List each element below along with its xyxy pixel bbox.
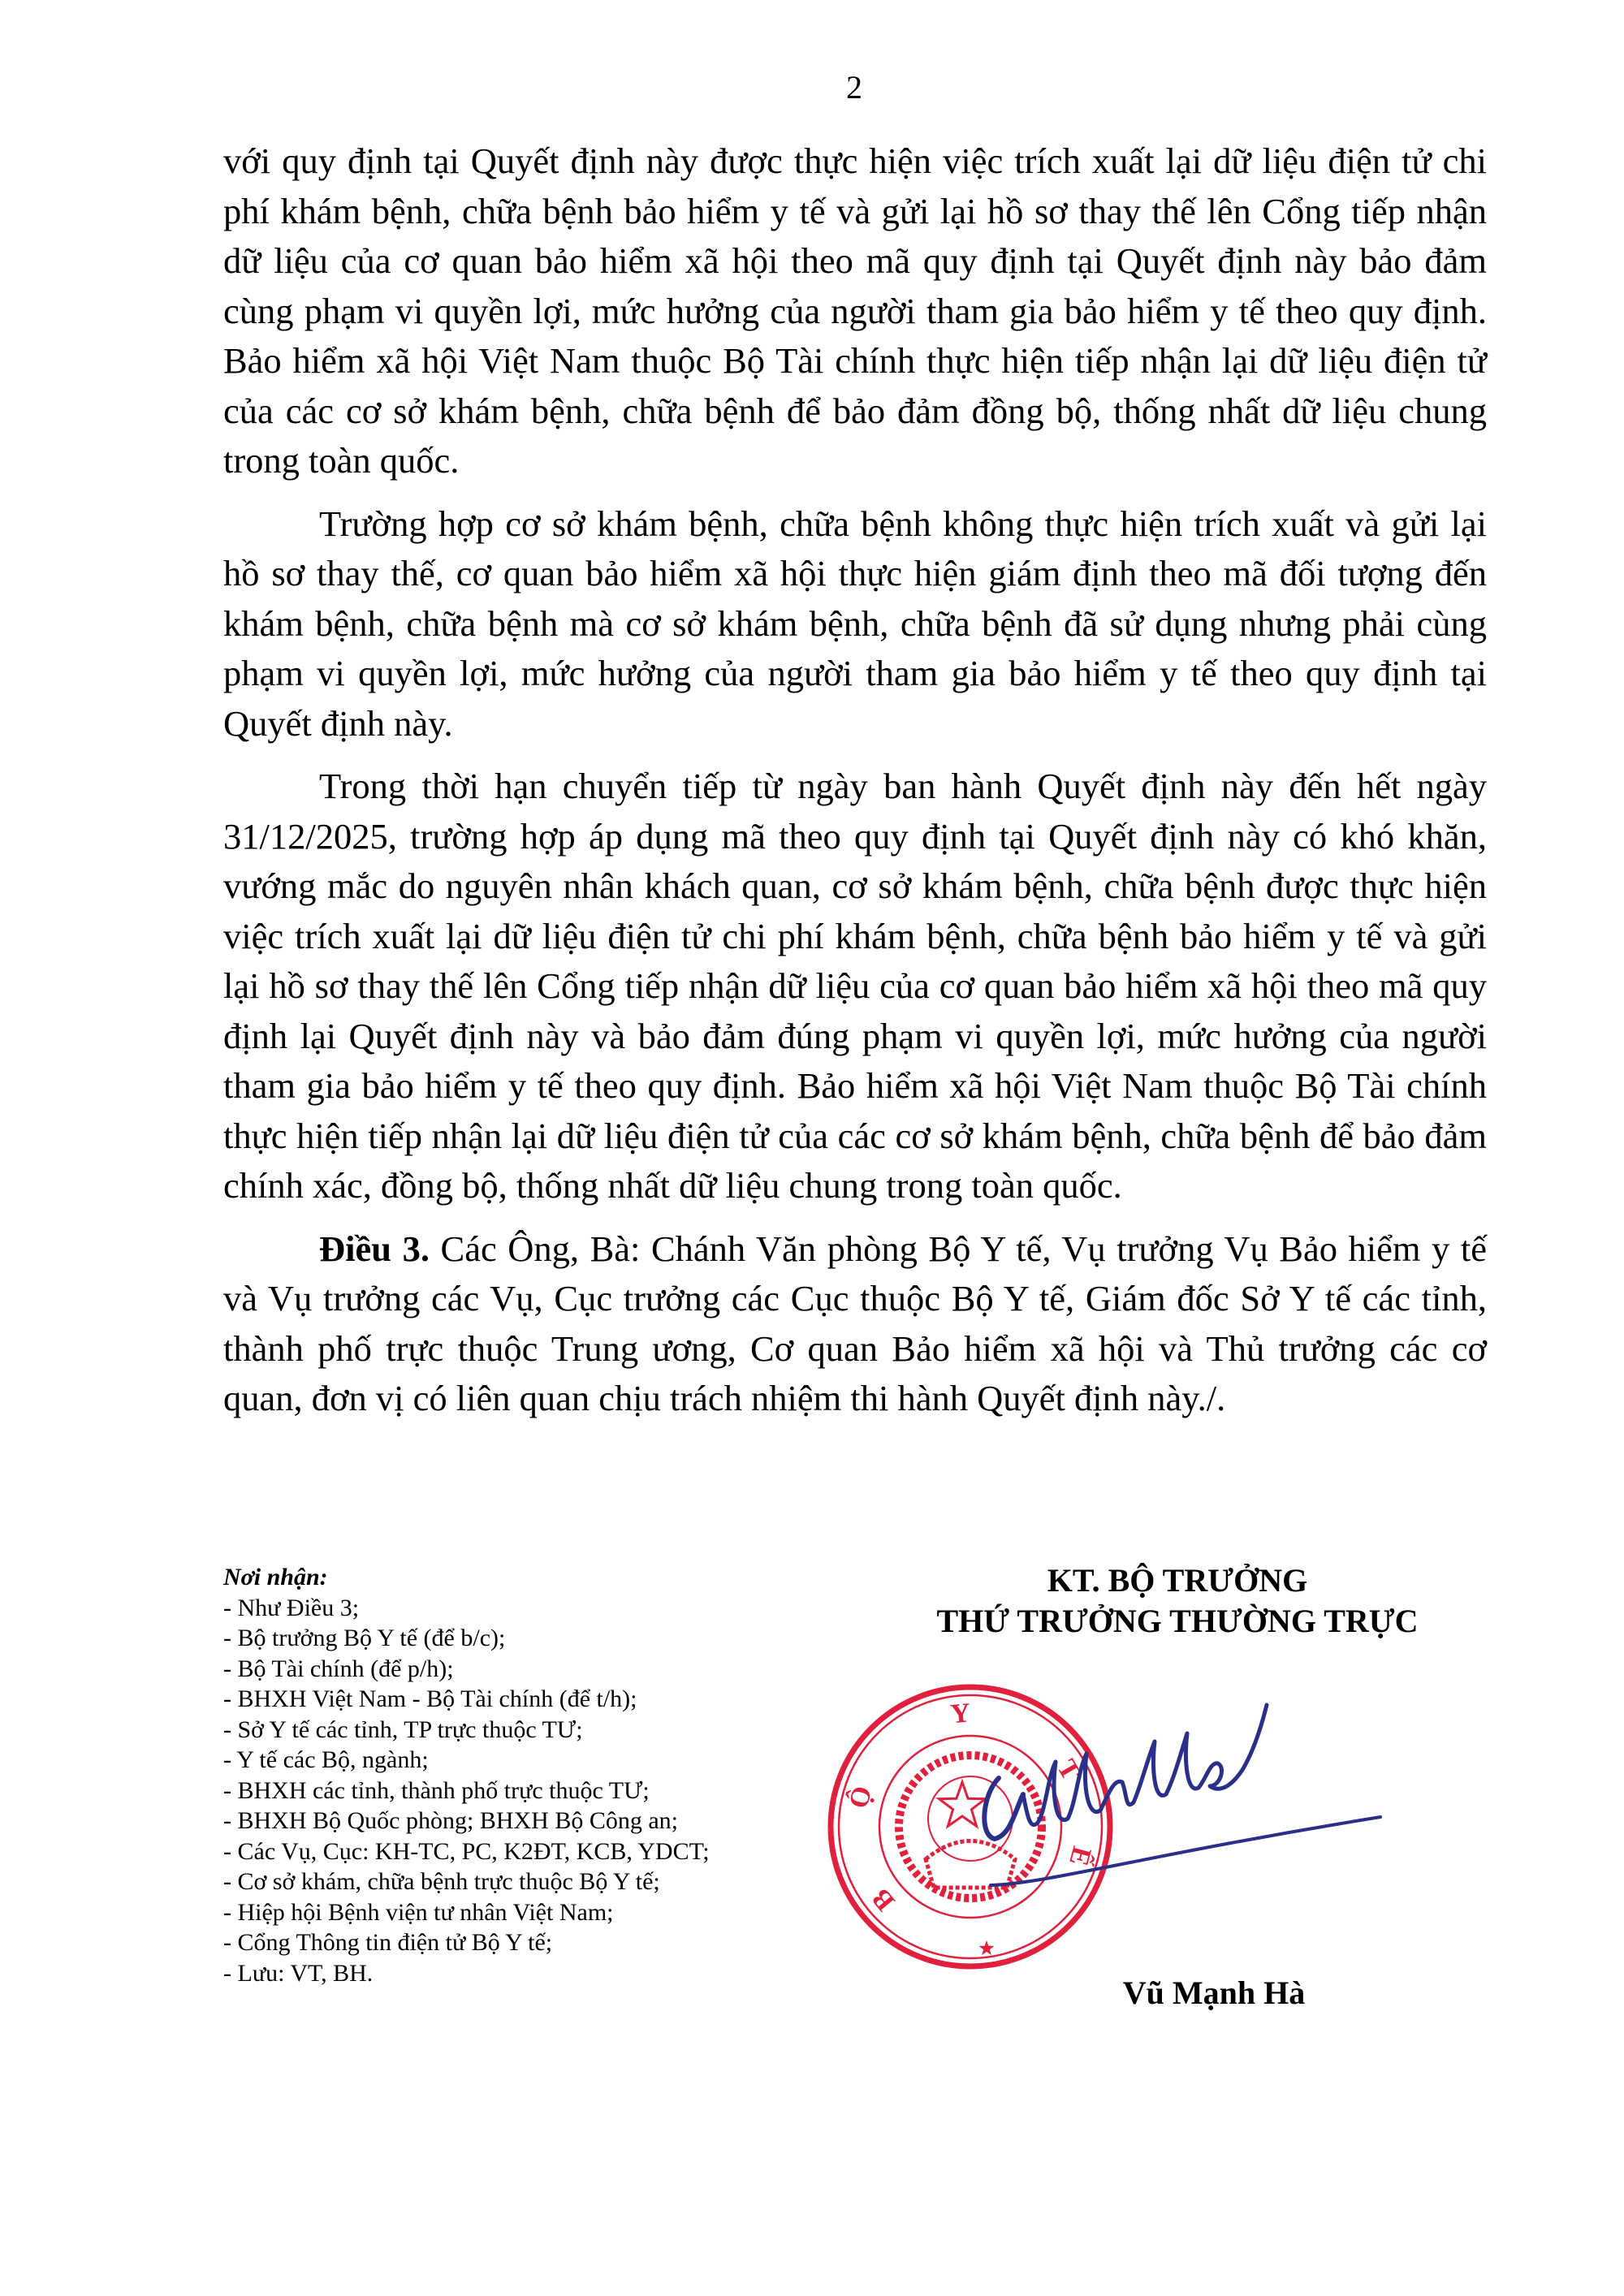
recipient-item: - BHXH các tỉnh, thành phố trực thuộc TƯ… [223, 1776, 840, 1806]
body-text: với quy định tại Quyết định này được thự… [223, 136, 1487, 1437]
paragraph-text: với quy định tại Quyết định này được thự… [223, 140, 1487, 481]
recipient-item: - Các Vụ, Cục: KH-TC, PC, K2ĐT, KCB, YDC… [223, 1836, 840, 1867]
recipient-item: - BHXH Bộ Quốc phòng; BHXH Bộ Công an; [223, 1806, 840, 1836]
paragraph-3: Trong thời hạn chuyển tiếp từ ngày ban h… [223, 762, 1487, 1211]
recipient-item: - Hiệp hội Bệnh viện tư nhân Việt Nam; [223, 1897, 840, 1928]
recipient-item: - BHXH Việt Nam - Bộ Tài chính (để t/h); [223, 1684, 840, 1715]
signature-title-line-2: THỨ TRƯỞNG THƯỜNG TRỰC [844, 1601, 1510, 1642]
paragraph-1: với quy định tại Quyết định này được thự… [223, 136, 1487, 486]
recipients-list: Nơi nhận: - Như Điều 3;- Bộ trưởng Bộ Y … [223, 1562, 840, 1988]
recipient-item: - Sở Y tế các tỉnh, TP trực thuộc TƯ; [223, 1715, 840, 1746]
paragraph-text: Trường hợp cơ sở khám bệnh, chữa bệnh kh… [223, 503, 1487, 744]
paragraph-text: Trong thời hạn chuyển tiếp từ ngày ban h… [223, 766, 1487, 1206]
article-heading: Điều 3. [319, 1228, 430, 1269]
signature-title-line-1: KT. BỘ TRƯỞNG [844, 1560, 1510, 1601]
recipient-item: - Y tế các Bộ, ngành; [223, 1745, 840, 1776]
signature-title-block: KT. BỘ TRƯỞNG THỨ TRƯỞNG THƯỜNG TRỰC [844, 1560, 1510, 1642]
recipients-title: Nơi nhận: [223, 1562, 840, 1593]
page-number: 2 [0, 68, 1624, 107]
recipient-item: - Như Điều 3; [223, 1593, 840, 1624]
recipient-item: - Bộ trưởng Bộ Y tế (để b/c); [223, 1623, 840, 1654]
article-3-paragraph: Điều 3. Các Ông, Bà: Chánh Văn phòng Bộ … [223, 1224, 1487, 1424]
handwritten-signature-icon [934, 1672, 1389, 1916]
seal-letter: B [866, 1883, 901, 1916]
seal-letter: Ộ [843, 1783, 879, 1811]
recipient-item: - Lưu: VT, BH. [223, 1958, 840, 1989]
recipient-item: - Cổng Thông tin điện tử Bộ Y tế; [223, 1927, 840, 1958]
paragraph-2: Trường hợp cơ sở khám bệnh, chữa bệnh kh… [223, 499, 1487, 749]
recipient-item: - Cơ sở khám, chữa bệnh trực thuộc Bộ Y … [223, 1867, 840, 1897]
signer-name: Vũ Mạnh Hà [844, 1973, 1510, 2013]
recipient-item: - Bộ Tài chính (để p/h); [223, 1654, 840, 1685]
recipient-items: - Như Điều 3;- Bộ trưởng Bộ Y tế (để b/c… [223, 1593, 840, 1989]
